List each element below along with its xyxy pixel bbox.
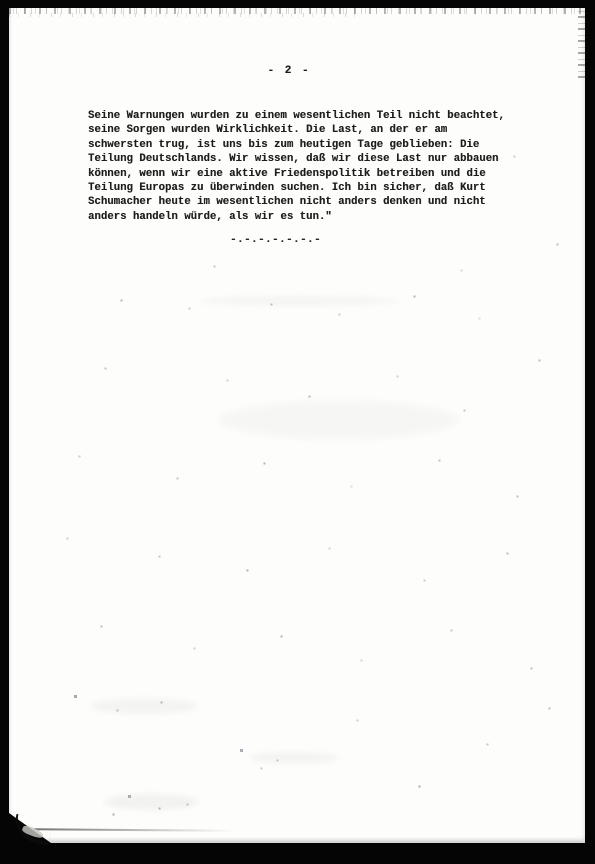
scan-edge-noise-top-secondary <box>9 13 355 17</box>
quote-line: Teilung Europas zu überwinden suchen. Ic… <box>88 181 528 195</box>
scan-smudge <box>249 752 339 764</box>
section-separator: -.-.-.-.-.-.- <box>230 234 321 246</box>
quote-line: können, wenn wir eine aktive Friedenspol… <box>88 167 528 181</box>
quote-line: schwersten trug, ist uns bis zum heutige… <box>88 138 528 152</box>
quote-line: seine Sorgen wurden Wirklichkeit. Die La… <box>88 123 528 137</box>
scan-speckles <box>9 8 10 9</box>
scan-smudge <box>104 794 199 810</box>
scan-edge-noise-right <box>578 8 585 78</box>
quote-line: Seine Warnungen wurden zu einem wesentli… <box>88 109 528 123</box>
quote-line: Schumacher heute im wesentlichen nicht a… <box>88 195 528 209</box>
page-number: - 2 - <box>1 65 577 77</box>
scan-background: { "document": { "page_number": "- 2 -", … <box>0 0 595 864</box>
quote-paragraph: Seine Warnungen wurden zu einem wesentli… <box>88 109 528 224</box>
quote-line: Teilung Deutschlands. Wir wissen, daß wi… <box>88 152 528 166</box>
scan-smudge <box>219 400 459 440</box>
quote-line: anders handeln würde, als wir es tun." <box>88 210 528 224</box>
scan-smudge <box>89 698 199 714</box>
scan-smudge <box>199 296 399 306</box>
document-page: - 2 - Seine Warnungen wurden zu einem we… <box>9 8 585 843</box>
